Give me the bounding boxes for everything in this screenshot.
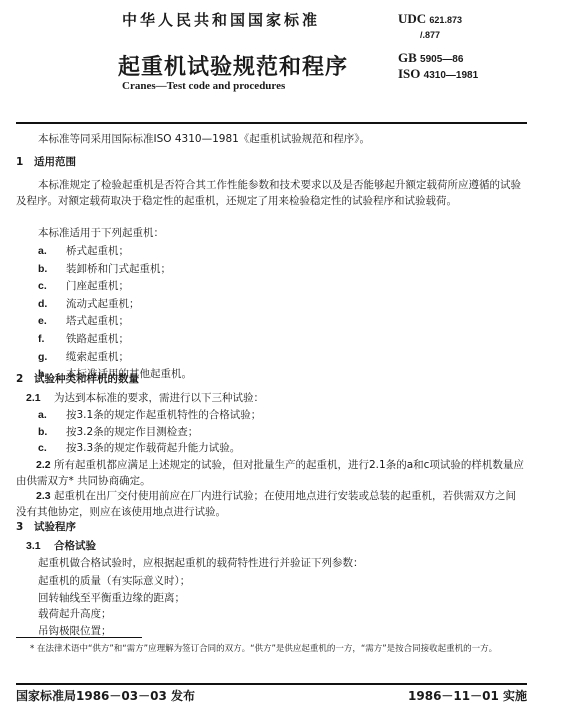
list-item: a.按3.1条的规定作起重机特性的合格试验； [38,407,261,424]
footer-rule [16,683,527,685]
list-item: c.按3.3条的规定作载荷起升能力试验。 [38,440,261,457]
clause-3-1-heading: 3.1合格试验 [26,539,96,554]
list-item: 起重机的质量（有实际意义时）； [38,573,190,590]
header-rule [16,122,527,124]
list-item: c.门座起重机； [38,278,192,296]
gb-code: GB 5905—86 [398,51,478,67]
list-item: b.按3.2条的规定作目测检查； [38,424,261,441]
document-title: 起重机试验规范和程序 [118,50,348,81]
section-3-heading: 3试验程序 [16,520,76,535]
issue-date: 国家标准局1986－03－03 发布 [16,687,195,703]
udc-code-cont: /.877 [398,27,478,42]
list-item: 回转轴线至平衡重边缘的距离； [38,590,190,607]
crane-type-list: a.桥式起重机； b.装卸桥和门式起重机； c.门座起重机； d.流动式起重机；… [38,243,192,384]
effective-date: 1986－11－01 实施 [408,687,527,703]
intro-text: 本标准等同采用国际标准ISO 4310—1981《起重机试验规范和程序》。 [38,132,370,147]
footnote-rule [16,637,142,638]
issuing-country-standard: 中华人民共和国国家标准 [122,9,320,30]
section-2-heading: 2试验种类和样机的数量 [16,372,139,387]
test-type-list: a.按3.1条的规定作起重机特性的合格试验； b.按3.2条的规定作目测检查； … [38,407,261,457]
list-item: b.装卸桥和门式起重机； [38,261,192,279]
clause-3-1-text: 起重机做合格试验时，应根据起重机的载荷特性进行并验证下列参数： [38,556,364,571]
document-title-english: Cranes—Test code and procedures [122,80,285,92]
list-item: e.塔式起重机； [38,313,192,331]
footnote: * 在法律术语中“供方”和“需方”应理解为签订合同的双方。“供方”是供应起重机的… [36,642,526,656]
clause-2-2: 2.2所有起重机都应满足上述规定的试验，但对批量生产的起重机，进行2.1条的a和… [16,457,526,489]
standard-codes: UDC 621.873 /.877 GB 5905—86 ISO 4310—19… [398,12,478,83]
iso-code: ISO 4310—1981 [398,67,478,83]
udc-code: UDC 621.873 [398,12,478,27]
parameter-list: 起重机的质量（有实际意义时）； 回转轴线至平衡重边缘的距离； 载荷起升高度； 吊… [38,573,190,639]
list-item: d.流动式起重机； [38,296,192,314]
clause-2-3: 2.3起重机在出厂交付使用前应在厂内进行试验；在使用地点进行安装或总装的起重机，… [16,488,526,520]
section-1-paragraph: 本标准规定了检验起重机是否符合其工作性能参数和技术要求以及是否能够起升额定载荷所… [16,177,526,209]
list-item: a.桥式起重机； [38,243,192,261]
section-1-heading: 1适用范围 [16,155,76,170]
list-item: f.铁路起重机； [38,331,192,349]
list-item: 载荷起升高度； [38,606,190,623]
list-item: g.缆索起重机； [38,349,192,367]
clause-2-1: 2.1为达到本标准的要求，需进行以下三种试验： [26,391,264,406]
section-1-list-intro: 本标准适用于下列起重机： [38,226,164,241]
